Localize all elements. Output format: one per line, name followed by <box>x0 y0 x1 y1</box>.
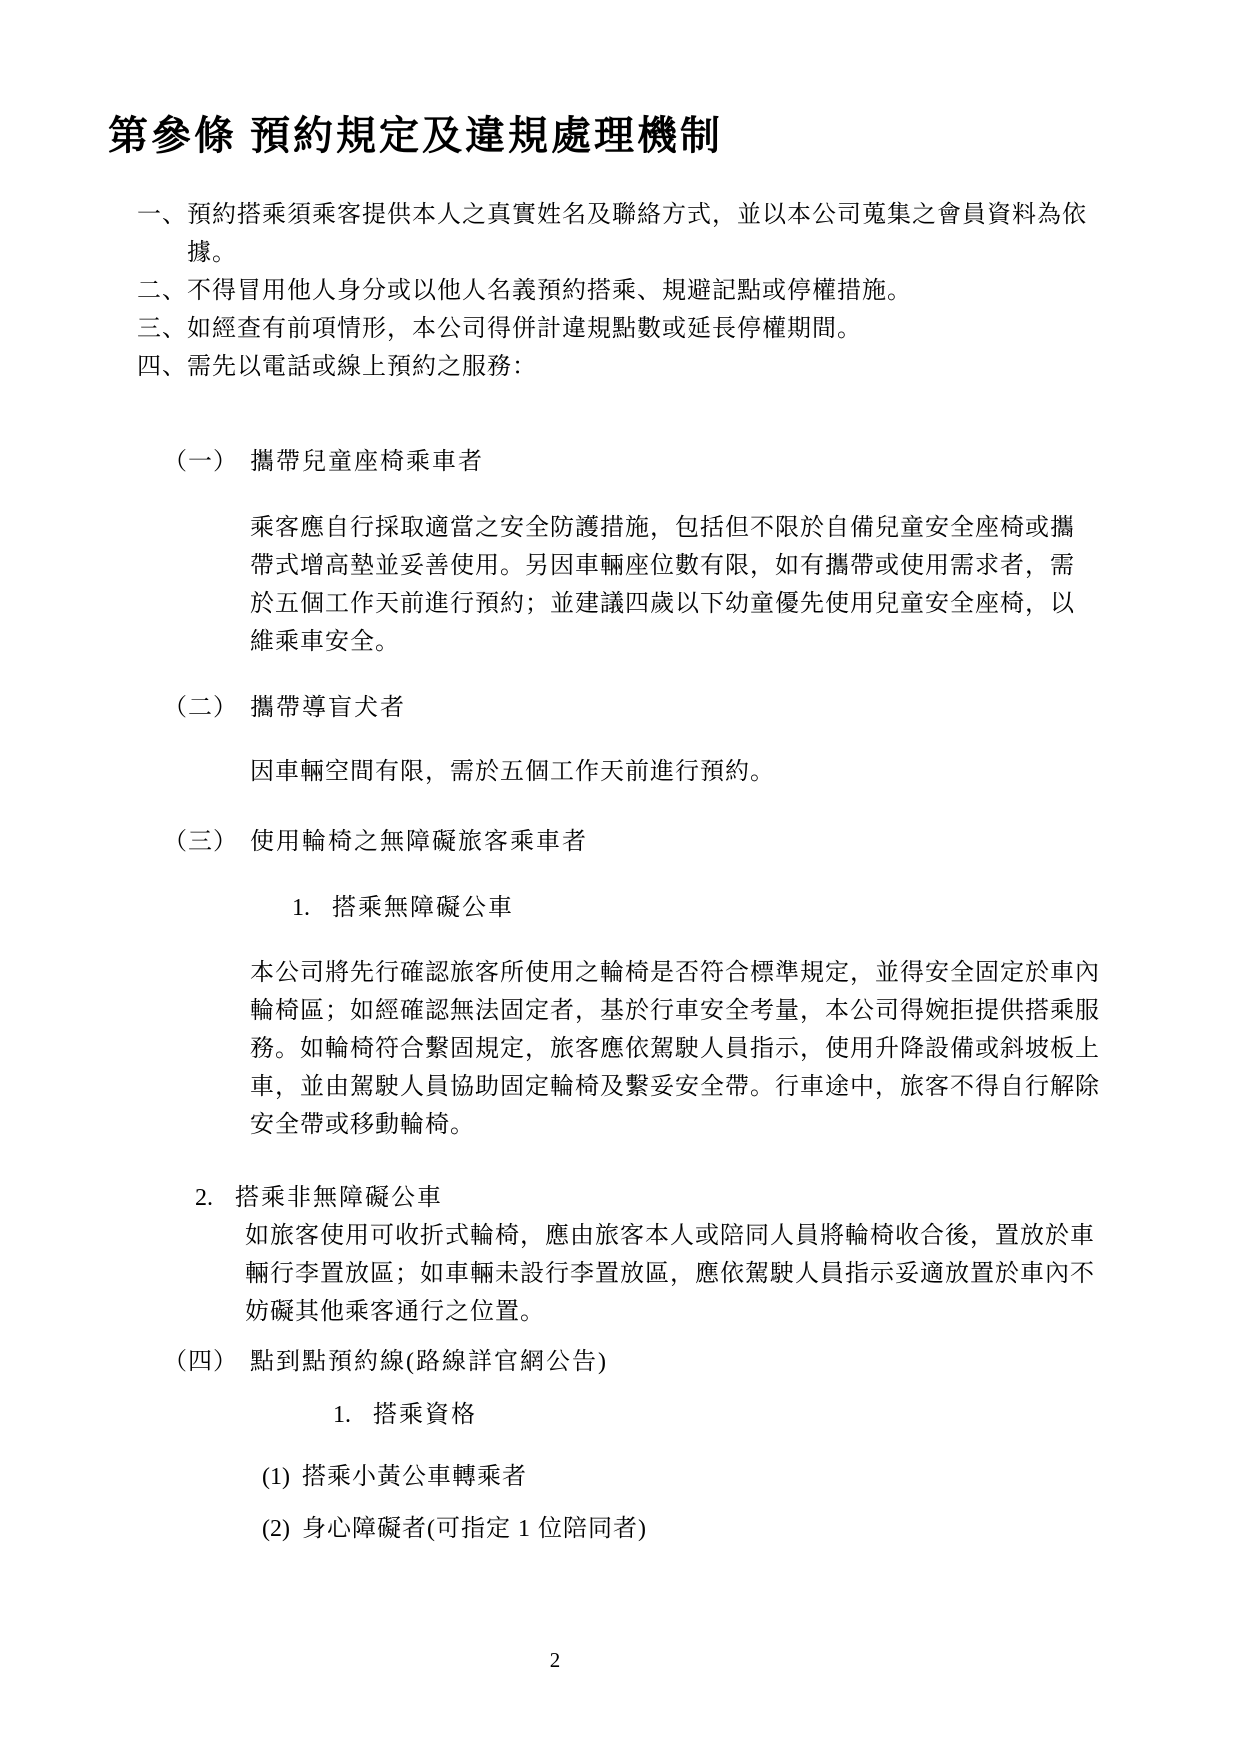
clause-item: 四、 需先以電話或線上預約之服務： <box>137 348 1112 386</box>
clause-item: 三、 如經查有前項情形，本公司得併計違規點數或延長停權期間。 <box>137 310 1112 348</box>
section-title: 攜帶兒童座椅乘車者 <box>250 449 484 475</box>
section-heading: （四）點到點預約線(路線詳官網公告) <box>163 1343 608 1381</box>
sub-item-text: 身心障礙者(可指定 1 位陪同者) <box>302 1516 647 1542</box>
section-heading: （二）攜帶導盲犬者 <box>163 689 406 727</box>
sub-item-number: (1) <box>262 1458 302 1496</box>
sub-item: (2)身心障礙者(可指定 1 位陪同者) <box>262 1510 647 1548</box>
clause-number: 四、 <box>137 348 187 386</box>
section-label: （四） <box>163 1343 250 1381</box>
section-label: （一） <box>163 443 250 481</box>
clause-text: 預約搭乘須乘客提供本人之真實姓名及聯絡方式，並以本公司蒐集之會員資料為依據。 <box>187 196 1112 272</box>
section-label: （三） <box>163 823 250 861</box>
clause-text: 不得冒用他人身分或以他人名義預約搭乘、規避記點或停權措施。 <box>187 272 1112 310</box>
section-title: 攜帶導盲犬者 <box>250 695 406 721</box>
item-title: 搭乘非無障礙公車 <box>235 1185 443 1211</box>
numbered-item-heading: 1.搭乘資格 <box>333 1396 477 1434</box>
clause-list: 一、 預約搭乘須乘客提供本人之真實姓名及聯絡方式，並以本公司蒐集之會員資料為依據… <box>137 196 1112 386</box>
clause-item: 二、 不得冒用他人身分或以他人名義預約搭乘、規避記點或停權措施。 <box>137 272 1112 310</box>
item-number: 2. <box>195 1179 235 1217</box>
item-title: 搭乘無障礙公車 <box>332 895 514 921</box>
section-label: （二） <box>163 689 250 727</box>
clause-text: 需先以電話或線上預約之服務： <box>187 348 1112 386</box>
clause-number: 三、 <box>137 310 187 348</box>
page-number: 2 <box>0 1648 1110 1673</box>
article-title: 第參條 預約規定及違規處理機制 <box>108 104 723 161</box>
sub-item: (1)搭乘小黃公車轉乘者 <box>262 1458 527 1496</box>
section-heading: （三）使用輪椅之無障礙旅客乘車者 <box>163 823 588 861</box>
clause-number: 二、 <box>137 272 187 310</box>
document-page: 第參條 預約規定及違規處理機制 一、 預約搭乘須乘客提供本人之真實姓名及聯絡方式… <box>0 0 1241 1755</box>
section-heading: （一）攜帶兒童座椅乘車者 <box>163 443 484 481</box>
clause-text: 如經查有前項情形，本公司得併計違規點數或延長停權期間。 <box>187 310 1112 348</box>
item-title: 搭乘資格 <box>373 1402 477 1428</box>
item-number: 1. <box>292 889 332 927</box>
numbered-item-heading: 2.搭乘非無障礙公車 <box>195 1179 443 1217</box>
numbered-item-heading: 1.搭乘無障礙公車 <box>292 889 514 927</box>
section-title: 使用輪椅之無障礙旅客乘車者 <box>250 829 588 855</box>
section-title: 點到點預約線(路線詳官網公告) <box>250 1349 608 1375</box>
item-body: 如旅客使用可收折式輪椅，應由旅客本人或陪同人員將輪椅收合後，置放於車輛行李置放區… <box>245 1217 1111 1331</box>
section-body: 因車輛空間有限，需於五個工作天前進行預約。 <box>250 753 1116 791</box>
clause-item: 一、 預約搭乘須乘客提供本人之真實姓名及聯絡方式，並以本公司蒐集之會員資料為依據… <box>137 196 1112 272</box>
clause-number: 一、 <box>137 196 187 272</box>
item-number: 1. <box>333 1396 373 1434</box>
item-body: 本公司將先行確認旅客所使用之輪椅是否符合標準規定，並得安全固定於車內輪椅區；如經… <box>250 954 1116 1144</box>
sub-item-number: (2) <box>262 1510 302 1548</box>
section-body: 乘客應自行採取適當之安全防護措施，包括但不限於自備兒童安全座椅或攜帶式增高墊並妥… <box>250 509 1116 661</box>
sub-item-text: 搭乘小黃公車轉乘者 <box>302 1464 527 1490</box>
